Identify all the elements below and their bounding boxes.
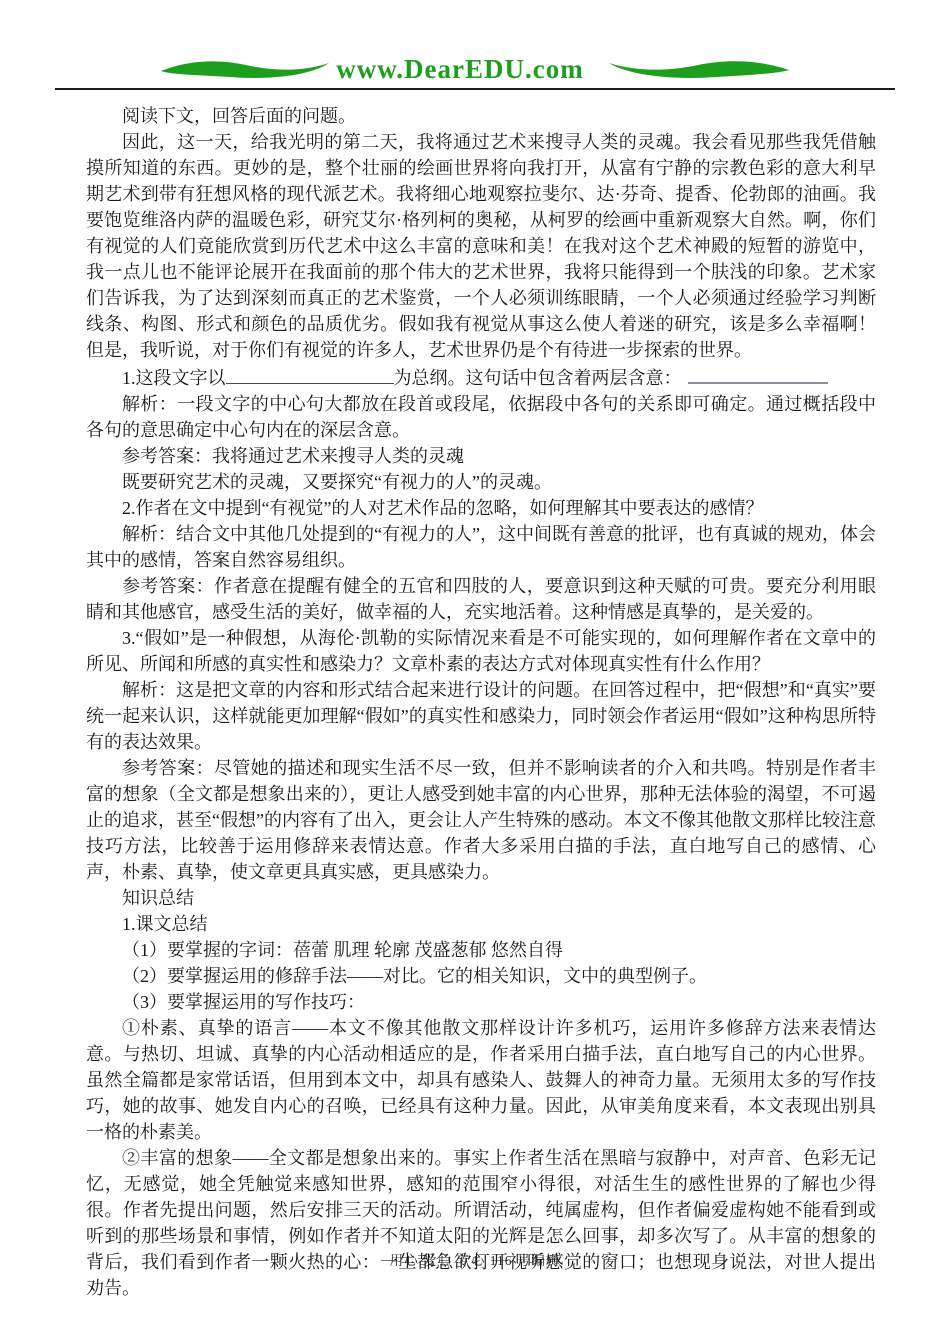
paragraph-15: （2）要掌握运用的修辞手法——对比。它的相关知识，文中的典型例子。 — [86, 963, 876, 989]
logo-swoosh-left-icon — [160, 56, 330, 82]
paragraph-7: 解析：结合文中其他几处提到的“有视力的人”，这中间既有善意的批评，也有真诚的规劝… — [86, 521, 876, 573]
paragraph-18: ②丰富的想象——全文都是想象出来的。事实上作者生活在黑暗与寂静中，对声音、色彩无… — [86, 1145, 876, 1301]
logo-text: www.DearEDU.com — [336, 54, 583, 85]
paragraph-9: 3.“假如”是一种假想，从海伦·凯勒的实际情况来看是不可能实现的，如何理解作者在… — [86, 625, 876, 677]
answer-blank-1 — [226, 364, 394, 384]
paragraph-8: 参考答案：作者意在提醒有健全的五官和四肢的人，要意识到这种天赋的可贵。要充分利用… — [86, 573, 876, 625]
answer-blank-2 — [688, 363, 828, 384]
question-with-blanks: 1.这段文字以为总纲。这句话中包含着两层含意： — [86, 363, 876, 391]
site-logo: www.DearEDU.com — [0, 50, 950, 88]
paragraph-11: 参考答案：尽管她的描述和现实生活不尽一致，但并不影响读者的介入和共鸣。特别是作者… — [86, 755, 876, 885]
question-prefix: 1.这段文字以 — [122, 368, 226, 388]
page: www.DearEDU.com 阅读下文，回答后面的问题。因此，这一天，给我光明… — [0, 0, 950, 1344]
paragraph-1: 因此，这一天，给我光明的第二天，我将通过艺术来搜寻人类的灵魂。我会看见那些我凭借… — [86, 129, 876, 363]
paragraph-0: 阅读下文，回答后面的问题。 — [86, 103, 876, 129]
question-middle: 为总纲。这句话中包含着两层含意： — [394, 368, 682, 388]
footer-text: 用心 爱心 专心 116 号编辑 — [0, 1249, 950, 1269]
paragraph-3: 解析：一段文字的中心句大都放在段首或段尾，依据段中各句的关系即可确定。通过概括段… — [86, 391, 876, 443]
logo-swoosh-right-icon — [590, 56, 790, 82]
paragraph-4: 参考答案：我将通过艺术来搜寻人类的灵魂 — [86, 443, 876, 469]
document-body: 阅读下文，回答后面的问题。因此，这一天，给我光明的第二天，我将通过艺术来搜寻人类… — [86, 103, 876, 1301]
paragraph-6: 2.作者在文中提到“有视觉”的人对艺术作品的忽略，如何理解其中要表达的感情？ — [86, 495, 876, 521]
paragraph-16: （3）要掌握运用的写作技巧： — [86, 989, 876, 1015]
paragraph-10: 解析：这是把文章的内容和形式结合起来进行设计的问题。在回答过程中，把“假想”和“… — [86, 677, 876, 755]
paragraph-12: 知识总结 — [86, 885, 876, 911]
header-divider — [55, 88, 895, 90]
paragraph-14: （1）要掌握的字词：蓓蕾 肌理 轮廓 茂盛葱郁 悠然自得 — [86, 937, 876, 963]
paragraph-5: 既要研究艺术的灵魂，又要探究“有视力的人”的灵魂。 — [86, 469, 876, 495]
paragraph-17: ①朴素、真挚的语言——本文不像其他散文那样设计许多机巧，运用许多修辞方法来表情达… — [86, 1015, 876, 1145]
paragraph-13: 1.课文总结 — [86, 911, 876, 937]
